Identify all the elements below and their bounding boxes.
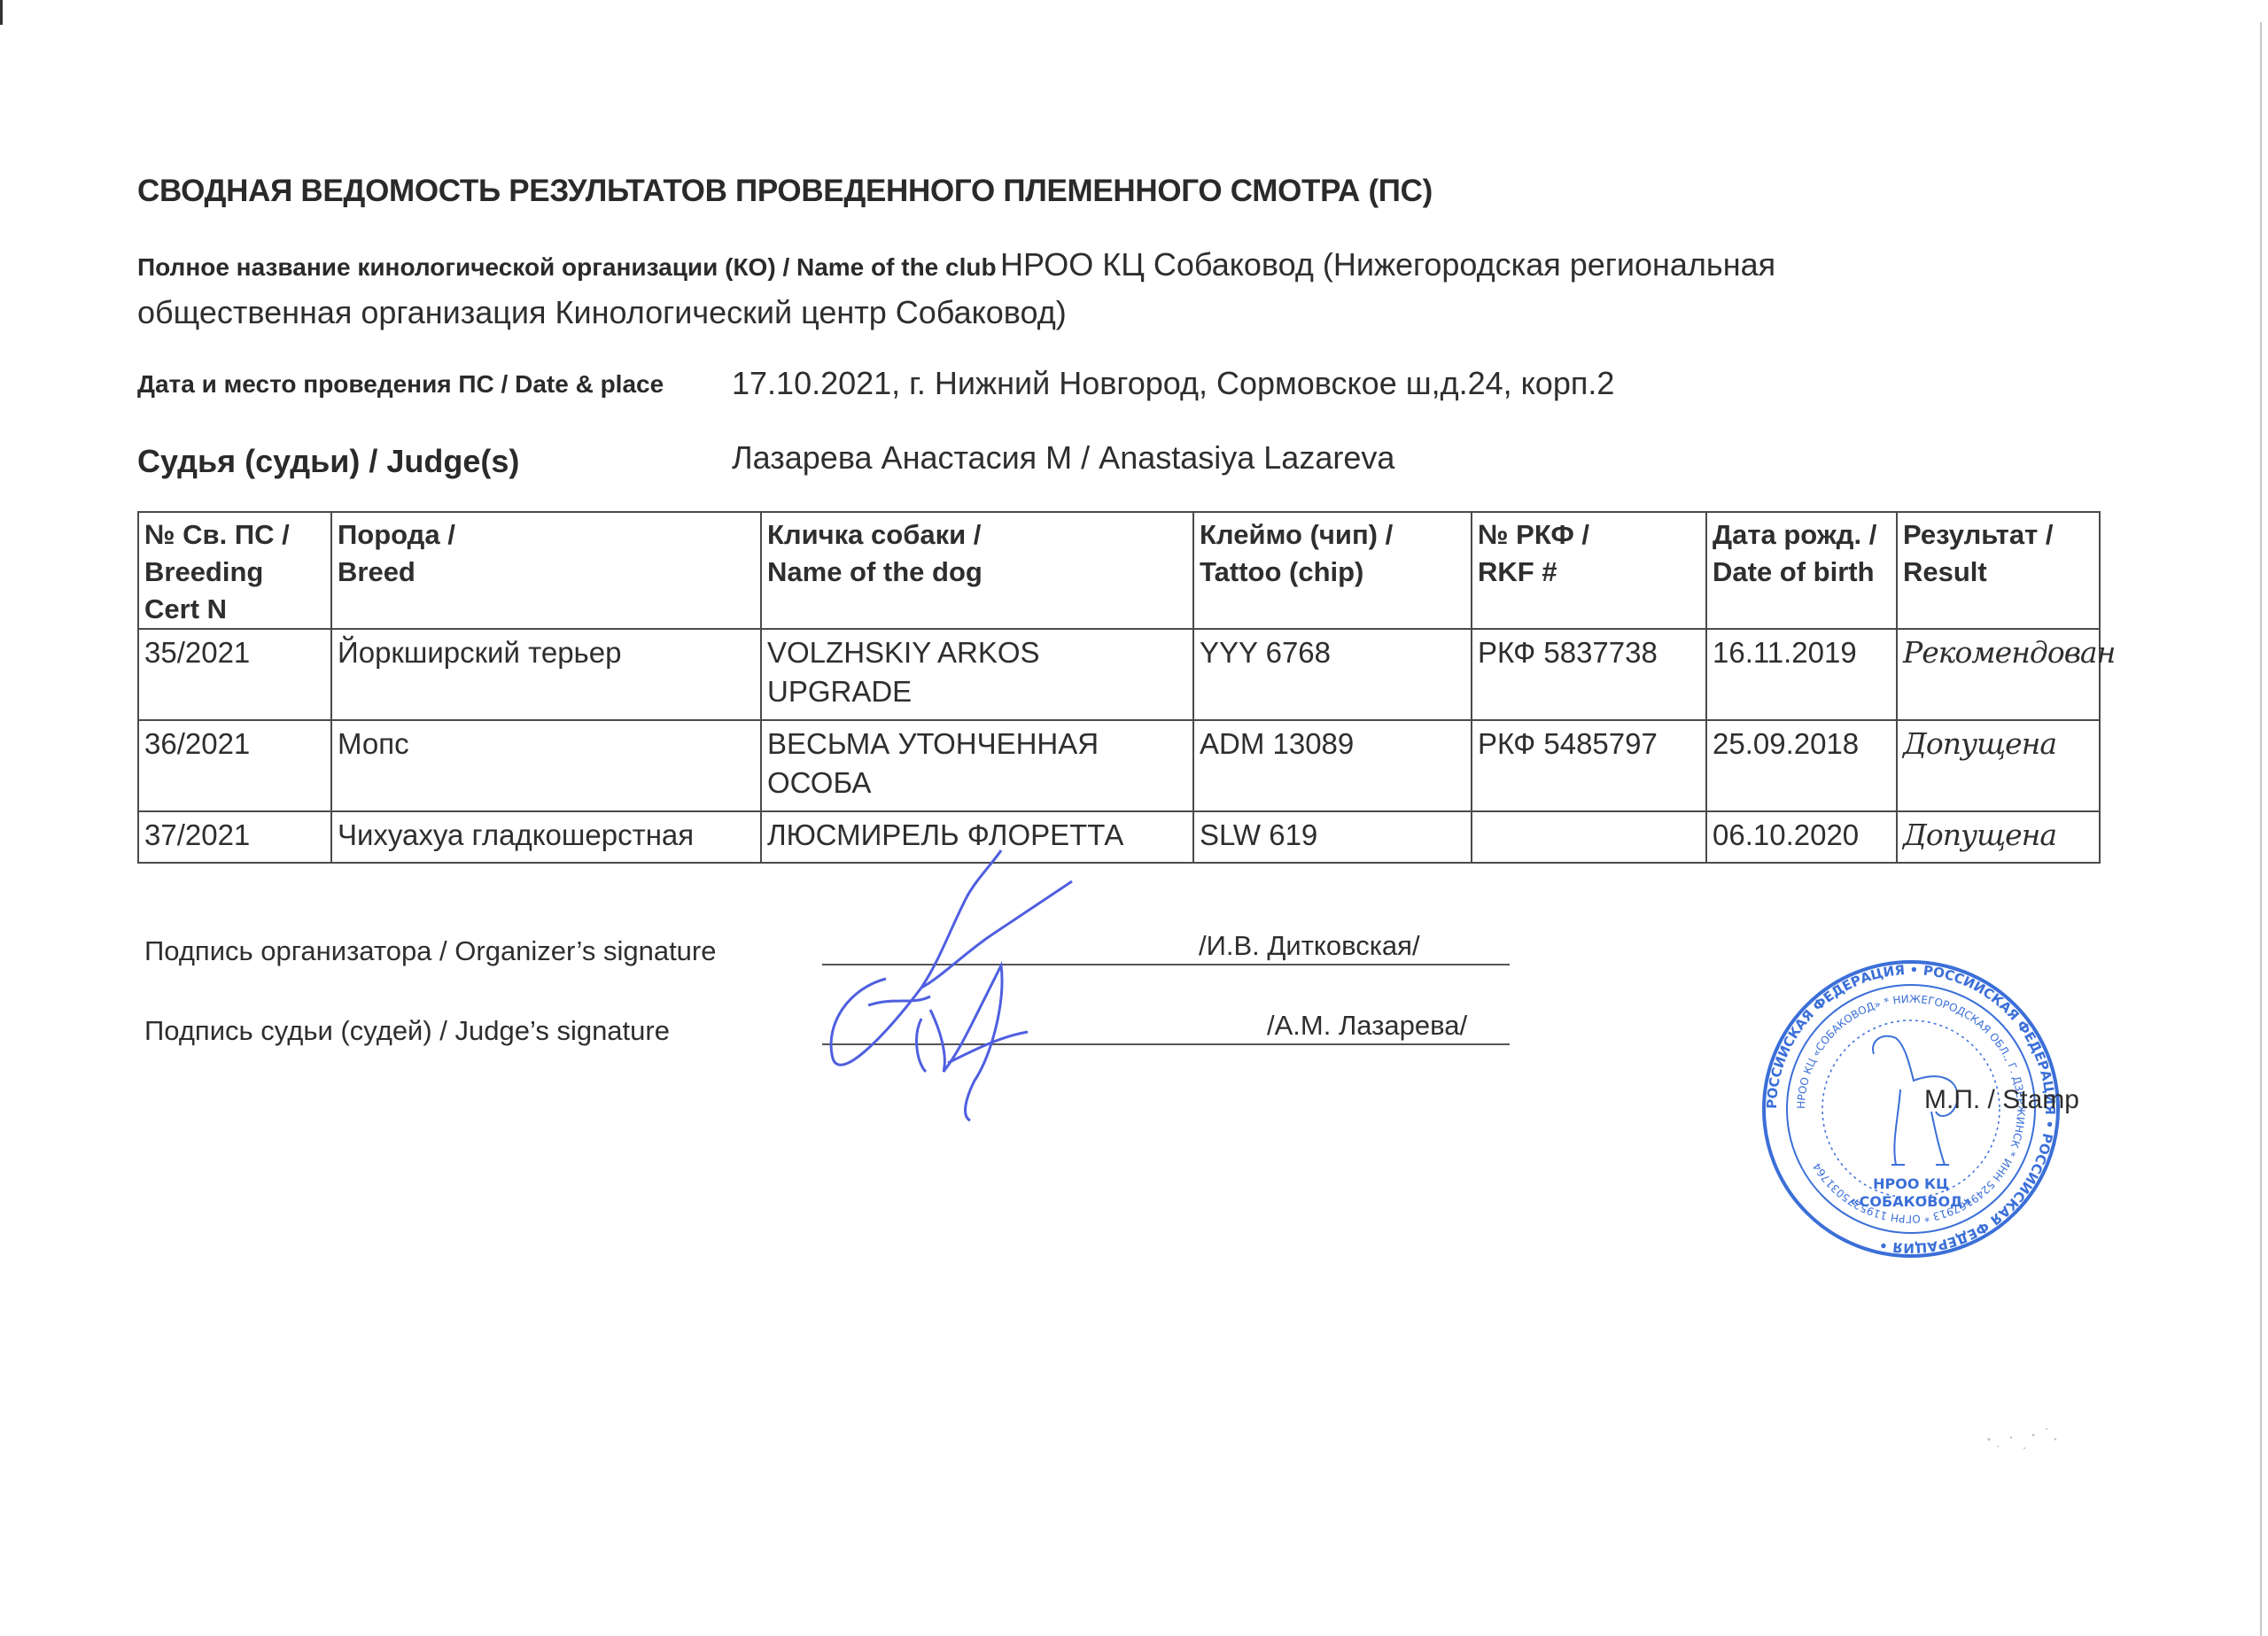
scan-edge-mark <box>0 0 3 25</box>
organization-value-line2: общественная организация Кинологический … <box>137 294 1067 331</box>
judge-value: Лазарева Анастасия М / Anastasiya Lazare… <box>732 439 1394 477</box>
organization-row: Полное название кинологической организац… <box>137 246 1775 283</box>
organization-label: Полное название кинологической организац… <box>137 253 997 281</box>
cell-dog-name: ВЕСЬМА УТОНЧЕННАЯОСОБА <box>761 720 1193 811</box>
cell-cert: 36/2021 <box>138 720 331 811</box>
header-breed: Порода /Breed <box>331 512 761 629</box>
header-cert: № Св. ПС /BreedingCert N <box>138 512 331 629</box>
header-rkf: № РКФ /RKF # <box>1472 512 1706 629</box>
document-title: СВОДНАЯ ВЕДОМОСТЬ РЕЗУЛЬТАТОВ ПРОВЕДЕННО… <box>137 174 1433 209</box>
table-row: 35/2021 Йоркширский терьер VOLZHSKIY ARK… <box>138 629 2100 720</box>
cell-result: Допущена <box>1897 720 2100 811</box>
judge-label: Судья (судьи) / Judge(s) <box>137 443 519 480</box>
date-place-label: Дата и место проведения ПС / Date & plac… <box>137 370 664 399</box>
results-table: № Св. ПС /BreedingCert N Порода /Breed К… <box>137 511 2101 864</box>
organizer-signature-label: Подпись организатора / Organizer’s signa… <box>144 935 717 967</box>
header-dob: Дата рожд. /Date of birth <box>1706 512 1897 629</box>
date-place-value: 17.10.2021, г. Нижний Новгород, Сормовск… <box>732 365 1614 402</box>
cell-rkf: РКФ 5485797 <box>1472 720 1706 811</box>
cell-result: Допущена <box>1897 811 2100 863</box>
cell-dob: 06.10.2020 <box>1706 811 1897 863</box>
cell-tattoo: YYY 6768 <box>1193 629 1472 720</box>
cell-tattoo: ADM 13089 <box>1193 720 1472 811</box>
stamp-label: М.П. / Stamp <box>1924 1085 2079 1115</box>
judge-name: /А.М. Лазарева/ <box>1267 1010 1467 1042</box>
table-row: 37/2021 Чихуахуа гладкошерстная ЛЮСМИРЕЛ… <box>138 811 2100 863</box>
cell-cert: 37/2021 <box>138 811 331 863</box>
cell-result: Рекомендован <box>1897 629 2100 720</box>
header-result: Результат /Result <box>1897 512 2100 629</box>
scan-speckle <box>1971 1422 2078 1466</box>
cell-rkf <box>1472 811 1706 863</box>
scan-page-edge <box>2260 22 2262 1636</box>
organization-value-line1: НРОО КЦ Собаковод (Нижегородская региона… <box>1000 246 1775 283</box>
cell-breed: Чихуахуа гладкошерстная <box>331 811 761 863</box>
table-header-row: № Св. ПС /BreedingCert N Порода /Breed К… <box>138 512 2100 629</box>
cell-dog-name: VOLZHSKIY ARKOSUPGRADE <box>761 629 1193 720</box>
cell-dob: 16.11.2019 <box>1706 629 1897 720</box>
cell-breed: Йоркширский терьер <box>331 629 761 720</box>
organizer-name: /И.В. Дитковская/ <box>1199 930 1420 962</box>
header-tattoo: Клеймо (чип) /Tattoo (chip) <box>1193 512 1472 629</box>
judge-signature-scribble <box>895 948 1072 1125</box>
table-row: 36/2021 Мопс ВЕСЬМА УТОНЧЕННАЯОСОБА ADM … <box>138 720 2100 811</box>
cell-tattoo: SLW 619 <box>1193 811 1472 863</box>
header-dog-name: Кличка собаки /Name of the dog <box>761 512 1193 629</box>
svg-text:НРОО КЦ: НРОО КЦ <box>1873 1175 1949 1192</box>
cell-dob: 25.09.2018 <box>1706 720 1897 811</box>
svg-text:«СОБАКОВОД»: «СОБАКОВОД» <box>1850 1193 1971 1210</box>
cell-cert: 35/2021 <box>138 629 331 720</box>
cell-rkf: РКФ 5837738 <box>1472 629 1706 720</box>
judge-signature-label: Подпись судьи (судей) / Judge’s signatur… <box>144 1015 670 1047</box>
cell-breed: Мопс <box>331 720 761 811</box>
